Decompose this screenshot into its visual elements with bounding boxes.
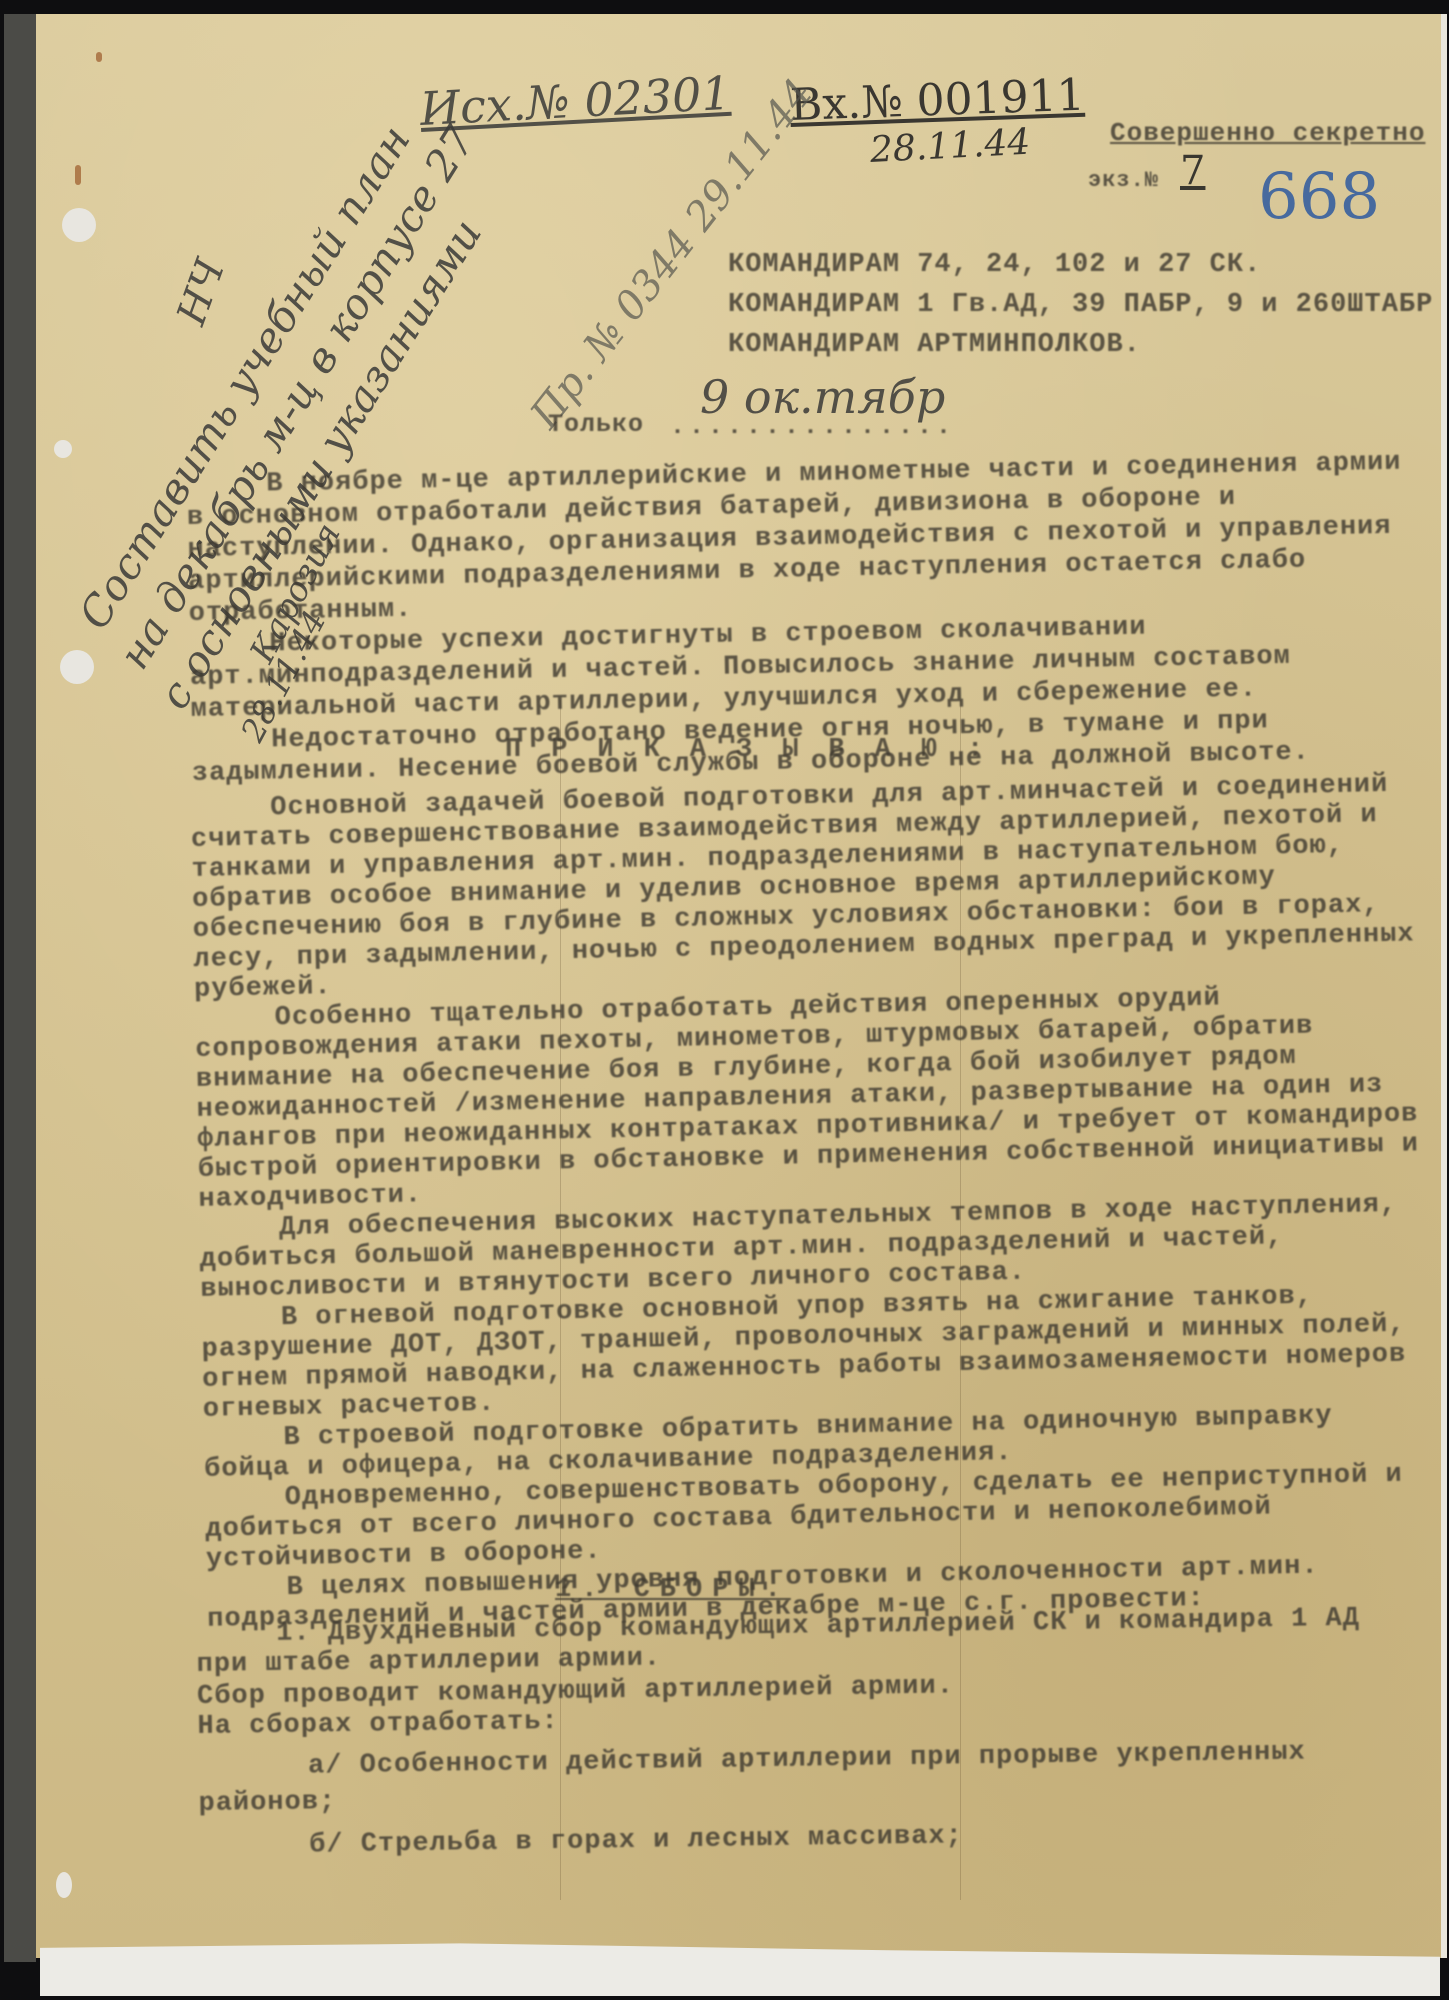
order-section: Основной задачей боевой подготовки для а… — [190, 769, 1432, 1634]
order-paragraph: Особенно тщательно отработать действия о… — [194, 979, 1423, 1215]
intro-paragraph: В ноябре м-це артиллерийские и минометны… — [186, 446, 1419, 630]
binding-strip — [4, 14, 36, 1962]
punch-hole — [60, 650, 94, 684]
incoming-number: Вх.№ 001911 — [789, 70, 1085, 131]
order-paragraph: Основной задачей боевой подготовки для а… — [190, 769, 1419, 1005]
addressee-line: КОМАНДИРАМ 74, 24, 102 и 27 СК. — [728, 250, 1261, 280]
classification-stamp: Совершенно секретно — [1110, 118, 1425, 148]
punch-hole — [54, 440, 72, 458]
addressee-line: КОМАНДИРАМ АРТМИНПОЛКОВ. — [728, 330, 1141, 360]
archive-sheet-number: 668 — [1258, 160, 1380, 234]
rust-stain — [75, 165, 81, 185]
sbory-section: 1. Двухдневный сбор командующих артиллер… — [196, 1603, 1419, 1862]
punch-hole — [62, 208, 96, 242]
copy-label: экз.№ — [1088, 168, 1159, 193]
incoming-date: 28.11.44 — [869, 122, 1031, 171]
order-heading: ПРИКАЗЫВАЮ: — [505, 735, 1013, 765]
date-prefix: Только — [548, 410, 644, 439]
addressee-line: КОМАНДИРАМ 1 Гв.АД, 39 ПАБР, 9 и 260ШТАБ… — [728, 290, 1433, 320]
punch-hole — [56, 1872, 72, 1898]
section-heading: 1. СБОРЫ. — [555, 1575, 791, 1605]
copy-number: 7 — [1180, 148, 1205, 194]
date-handwritten: 9 ок.тябр — [700, 370, 945, 424]
sbory-item: а/ Особенности действий артиллерии при п… — [198, 1733, 1419, 1822]
rust-stain — [96, 52, 102, 62]
